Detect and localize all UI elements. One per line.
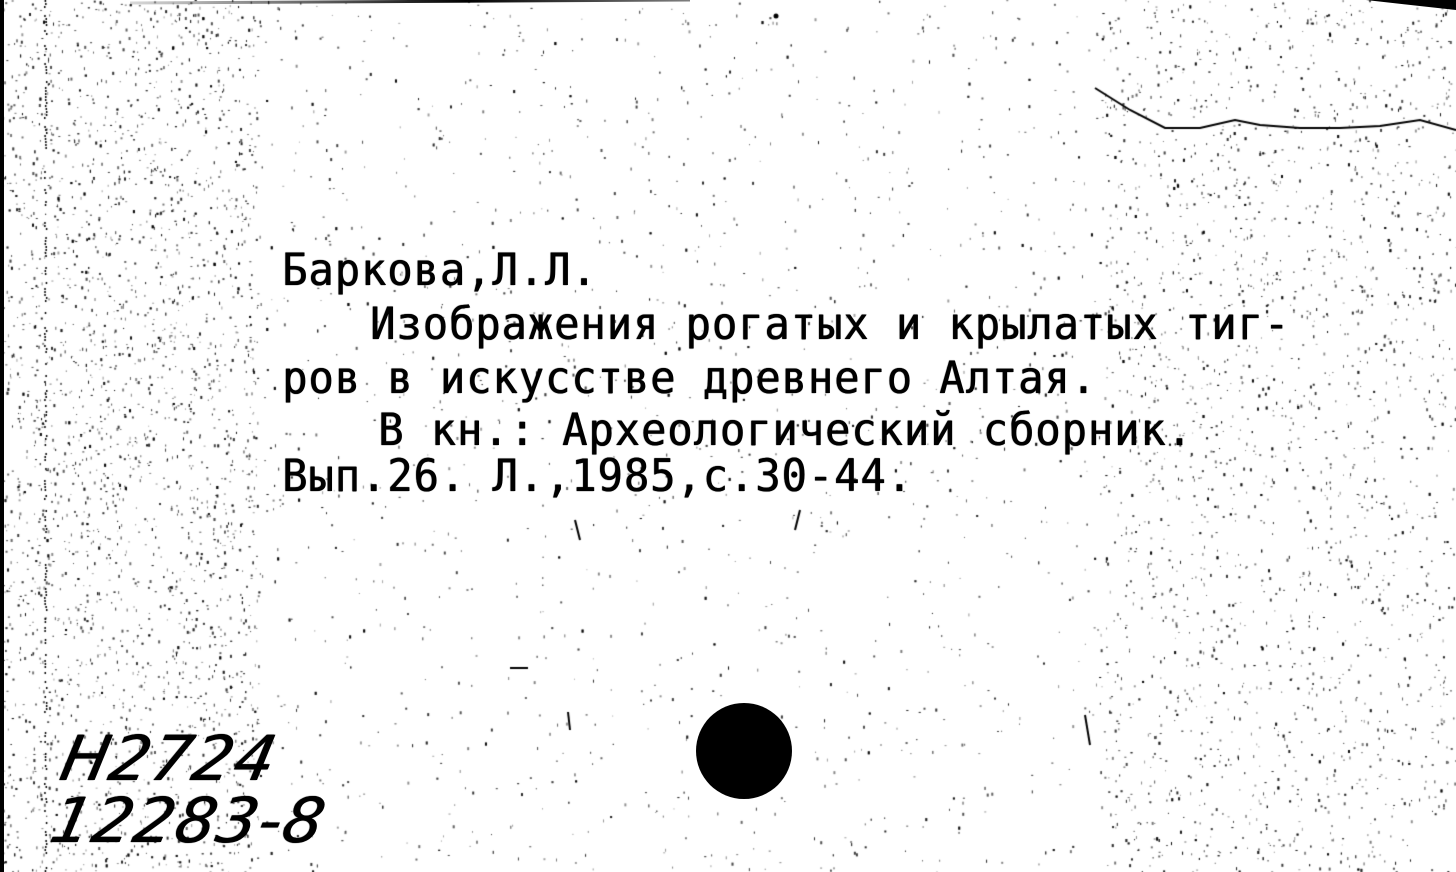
handwritten-call-number: Н2724 — [55, 728, 283, 790]
title-line-1: Изображения рогатых и крылатых тиг- — [370, 302, 1290, 346]
author: Баркова,Л.Л. — [282, 248, 597, 292]
card-left-edge — [0, 0, 4, 872]
card-corner-shadow — [1366, 0, 1456, 10]
card-top-edge — [130, 0, 690, 4]
source-line-1: В кн.: Археологический сборник. — [378, 408, 1193, 452]
catalog-card: Баркова,Л.Л. Изображения рогатых и крыла… — [0, 0, 1456, 872]
punch-hole — [696, 703, 792, 799]
handwritten-inventory-number: 12283-8 — [45, 790, 331, 852]
source-line-2: Вып.26. Л.,1985,с.30-44. — [282, 454, 913, 498]
title-line-2: ров в искусстве древнего Алтая. — [282, 356, 1097, 400]
